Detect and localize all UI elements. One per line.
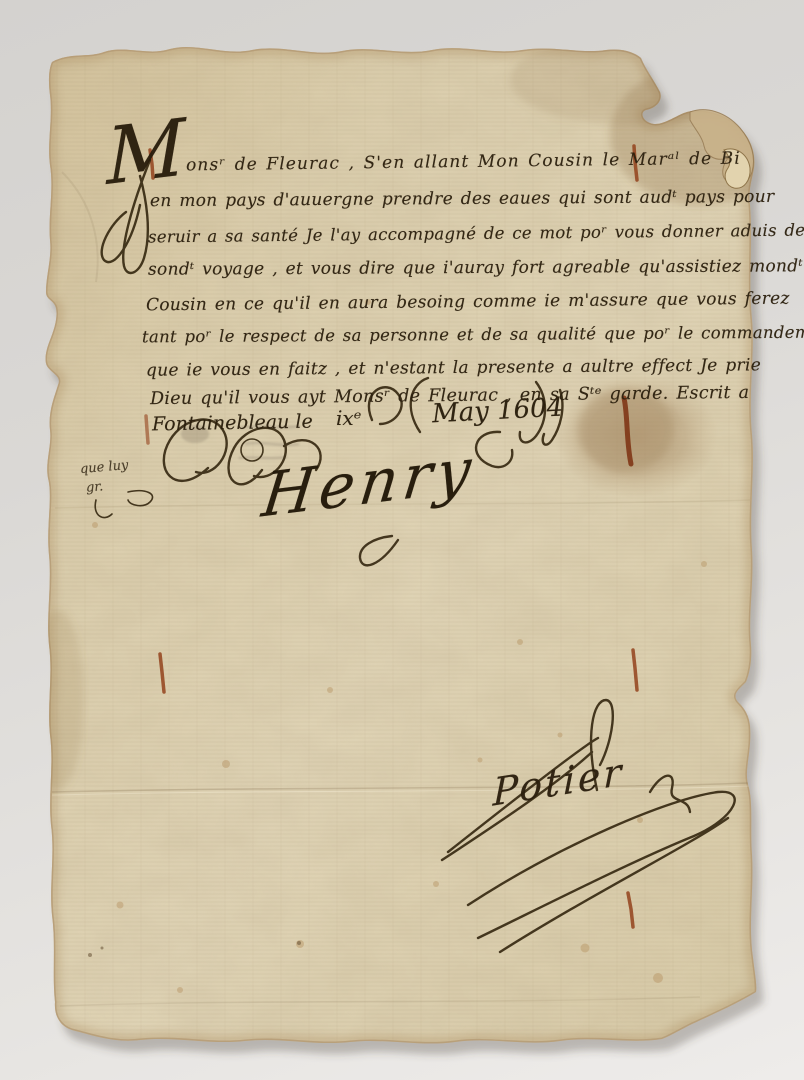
margin-note-line-1: que luy bbox=[79, 458, 129, 477]
letter-line-4: sondᵗ voyage , et vous dire que i'auray … bbox=[148, 256, 803, 279]
manuscript-photo: M onsʳ de Fleurac , S'en allant Mon Cous… bbox=[0, 0, 804, 1080]
margin-note-line-2: gr. bbox=[85, 479, 103, 495]
letter-line-3: seruir a sa santé Je l'ay accompagné de … bbox=[148, 221, 804, 247]
letter-line-1: onsʳ de Fleurac , S'en allant Mon Cousin… bbox=[186, 149, 741, 176]
letter-line-5: Cousin en ce qu'il en aura besoing comme… bbox=[146, 289, 790, 316]
letter-line-2: en mon pays d'auuergne prendre des eaues… bbox=[150, 187, 774, 211]
ink-specks bbox=[88, 941, 301, 957]
letter-line-6: tant poʳ le respect de sa personne et de… bbox=[142, 323, 804, 347]
margin-note-paraph bbox=[95, 491, 152, 518]
letter-initial: M bbox=[106, 103, 187, 203]
date-day: ixᵉ bbox=[336, 406, 361, 430]
secretary-signature: Potier bbox=[492, 749, 624, 814]
royal-signature: Henry bbox=[258, 434, 479, 532]
date-month-year: May 1604 bbox=[431, 393, 564, 430]
secretary-flourishes bbox=[442, 700, 735, 952]
letter-line-7: que ie vous en faitz , et n'estant la pr… bbox=[146, 355, 761, 380]
date-place: Fontainebleau le bbox=[152, 411, 313, 436]
